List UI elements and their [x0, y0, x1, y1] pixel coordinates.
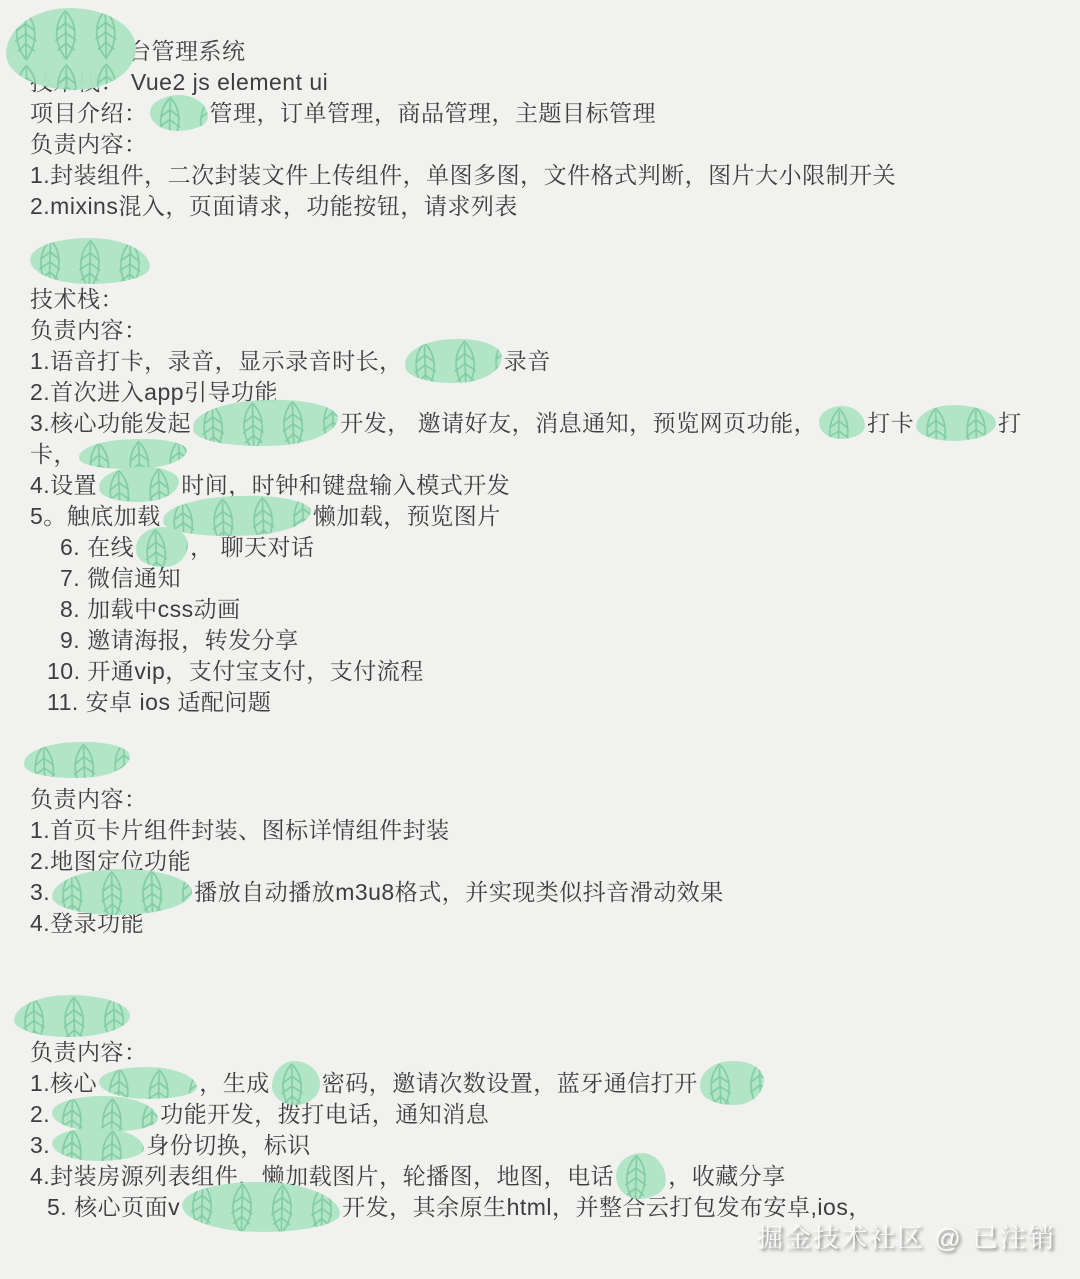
text-run: 卡， — [30, 441, 77, 467]
leaf-pattern-icon — [5, 7, 136, 91]
text-run: 功能开发，拨打电话，通知消息 — [160, 1101, 489, 1127]
text-line: 11. 安卓 ios 适配问题 — [30, 687, 1050, 718]
leaf-pattern-icon — [99, 1066, 198, 1101]
text-line: 3.身份切换，标识 — [30, 1130, 1050, 1161]
redaction-sticker — [99, 1066, 198, 1101]
leaf-pattern-icon — [819, 406, 866, 440]
redaction-sticker — [14, 994, 131, 1038]
text-run: 懒加载，预览图片 — [313, 503, 501, 529]
text-line: 2.地图定位功能 — [30, 846, 1050, 877]
text-run: ， 聊天对话 — [190, 534, 314, 560]
project-name-redaction-row — [30, 742, 1050, 778]
text-line: 2.功能开发，拨打电话，通知消息 — [30, 1099, 1050, 1130]
text-run: 3. — [30, 879, 50, 905]
text-line: 7. 微信通知 — [30, 563, 1050, 594]
content: 台管理系统技术栈： Vue2 js element ui项目介绍：管理，订单管理… — [30, 36, 1050, 1223]
redaction-sticker — [819, 406, 866, 440]
text-line: 6. 在线， 聊天对话 — [30, 532, 1050, 563]
text-line: 8. 加载中css动画 — [30, 594, 1050, 625]
text-line: 负责内容： — [30, 784, 1050, 815]
redaction-sticker — [5, 7, 136, 91]
redaction-sticker — [29, 236, 150, 285]
text-run: 2.mixins混入，页面请求，功能按钮，请求列表 — [30, 193, 518, 219]
text-line: 2.mixins混入，页面请求，功能按钮，请求列表 — [30, 191, 1050, 222]
project-4-house-app: 负责内容：1.核心，生成密码，邀请次数设置，蓝牙通信打开2.功能开发，拨打电话，… — [30, 995, 1050, 1223]
redaction-sticker — [99, 466, 180, 504]
watermark: 掘金技术社区 @ 已注销 — [757, 1218, 1056, 1255]
text-run: 录音 — [504, 348, 551, 374]
leaf-pattern-icon — [79, 437, 188, 471]
leaf-pattern-icon — [271, 1061, 320, 1106]
text-run: ，生成 — [199, 1070, 270, 1096]
leaf-pattern-icon — [14, 994, 131, 1038]
text-line: 项目介绍：管理，订单管理，商品管理，主题目标管理 — [30, 98, 1050, 129]
redaction-sticker — [135, 526, 188, 568]
text-run: 1.封装组件，二次封装文件上传组件，单图多图，文件格式判断，图片大小限制开关 — [30, 162, 896, 188]
text-run: 播放自动播放m3u8格式，并实现类似抖音滑动效果 — [194, 879, 724, 905]
leaf-pattern-icon — [99, 466, 180, 504]
text-run: 3.核心功能发起 — [30, 410, 191, 436]
text-run: 1.首页卡片组件封装、图标详情组件封装 — [30, 817, 450, 843]
text-run: 打卡 — [867, 410, 914, 436]
text-run: 密码，邀请次数设置，蓝牙通信打开 — [322, 1070, 698, 1096]
text-line: 负责内容： — [30, 129, 1050, 160]
text-run: 负责内容： — [30, 1039, 148, 1065]
leaf-pattern-icon — [23, 740, 130, 780]
text-run: 负责内容： — [30, 317, 148, 343]
redaction-sticker — [149, 94, 208, 132]
text-run: 5。触底加载 — [30, 503, 161, 529]
redaction-sticker — [52, 1127, 145, 1162]
text-line: 10. 开通vip，支付宝支付，支付流程 — [30, 656, 1050, 687]
text-run: 5. 核心页面v — [47, 1194, 180, 1220]
project-name-redaction-row — [30, 995, 1050, 1037]
project-title: 台管理系统 — [30, 36, 1050, 67]
text-run: 2. — [30, 1101, 50, 1127]
text-run: 3. — [30, 1132, 50, 1158]
text-line: 技术栈： — [30, 284, 1050, 315]
text-line: 5。触底加载懒加载，预览图片 — [30, 501, 1050, 532]
text-run: 8. 加载中css动画 — [60, 596, 241, 622]
text-run: 负责内容： — [30, 131, 148, 157]
text-run: 时间，时钟和键盘输入模式开发 — [181, 472, 510, 498]
text-line: 1.核心，生成密码，邀请次数设置，蓝牙通信打开 — [30, 1068, 1050, 1099]
text-run: 身份切换，标识 — [146, 1132, 311, 1158]
leaf-pattern-icon — [135, 526, 188, 568]
document-page: 台管理系统技术栈： Vue2 js element ui项目介绍：管理，订单管理… — [0, 0, 1080, 1279]
text-run: 开发， 邀请好友，消息通知，预览网页功能， — [340, 410, 817, 436]
text-run: 7. 微信通知 — [60, 565, 181, 591]
text-run: 技术栈： — [30, 286, 124, 312]
text-run: 打 — [998, 410, 1022, 436]
redaction-sticker — [271, 1061, 320, 1106]
text-run: 开发，其余原生html，并整合云打包发布安卓,ios， — [342, 1194, 872, 1220]
text-line: 负责内容： — [30, 1037, 1050, 1068]
text-run: 4.封装房源列表组件，懒加载图片，轮播图，地图，电话 — [30, 1163, 614, 1189]
text-line: 1.语音打卡，录音，显示录音时长，录音 — [30, 346, 1050, 377]
text-run: ，收藏分享 — [668, 1163, 786, 1189]
text-line: 9. 邀请海报，转发分享 — [30, 625, 1050, 656]
text-line: 3.核心功能发起开发， 邀请好友，消息通知，预览网页功能，打卡打 — [30, 408, 1050, 439]
text-run: 1.语音打卡，录音，显示录音时长， — [30, 348, 403, 374]
leaf-pattern-icon — [52, 1127, 145, 1162]
leaf-pattern-icon — [29, 236, 150, 285]
text-run: 项目介绍： — [30, 100, 148, 126]
text-run: 11. 安卓 ios 适配问题 — [47, 689, 271, 715]
text-run: 管理，订单管理，商品管理，主题目标管理 — [210, 100, 657, 126]
leaf-pattern-icon — [149, 94, 208, 132]
text-line: 技术栈： Vue2 js element ui — [30, 67, 1050, 98]
text-line: 负责内容： — [30, 315, 1050, 346]
text-line: 4.设置时间，时钟和键盘输入模式开发 — [30, 470, 1050, 501]
text-run: 1.核心 — [30, 1070, 97, 1096]
project-2-app: 技术栈：负责内容：1.语音打卡，录音，显示录音时长，录音2.首次进入app引导功… — [30, 238, 1050, 718]
text-run: 6. 在线 — [60, 534, 134, 560]
project-name-redaction-row — [30, 238, 1050, 284]
text-line: 3.播放自动播放m3u8格式，并实现类似抖音滑动效果 — [30, 877, 1050, 908]
text-run: 负责内容： — [30, 786, 148, 812]
text-line: 2.首次进入app引导功能 — [30, 377, 1050, 408]
text-run: 9. 邀请海报，转发分享 — [60, 627, 299, 653]
redaction-sticker — [23, 740, 130, 780]
text-line: 4.登录功能 — [30, 908, 1050, 939]
text-line: 1.封装组件，二次封装文件上传组件，单图多图，文件格式判断，图片大小限制开关 — [30, 160, 1050, 191]
project-1-admin-system: 台管理系统技术栈： Vue2 js element ui项目介绍：管理，订单管理… — [30, 36, 1050, 222]
text-line: 卡， — [30, 439, 1050, 470]
project-3-map-video: 负责内容：1.首页卡片组件封装、图标详情组件封装2.地图定位功能3.播放自动播放… — [30, 742, 1050, 939]
text-line: 4.封装房源列表组件，懒加载图片，轮播图，地图，电话，收藏分享 — [30, 1161, 1050, 1192]
leaf-pattern-icon — [916, 404, 997, 441]
text-run: 台管理系统 — [128, 38, 246, 64]
text-run: 10. 开通vip，支付宝支付，支付流程 — [47, 658, 424, 684]
text-run: 4.设置 — [30, 472, 97, 498]
redaction-sticker — [79, 437, 188, 471]
redaction-sticker — [916, 404, 997, 441]
text-line: 1.首页卡片组件封装、图标详情组件封装 — [30, 815, 1050, 846]
